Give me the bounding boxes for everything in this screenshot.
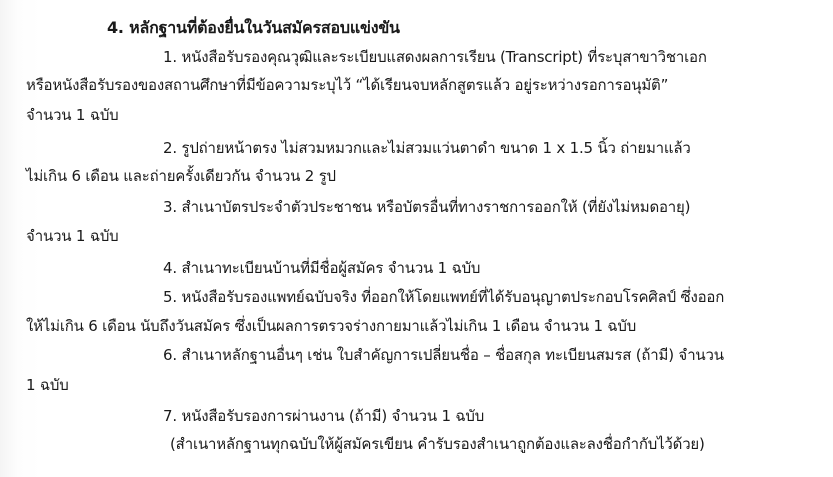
item-3-line-1: 3. สำเนาบัตรประจำตัวประชาชน หรือบัตรอื่น… xyxy=(163,197,690,217)
item-5-line-1: 5. หนังสือรับรองแพทย์ฉบับจริง ที่ออกให้โ… xyxy=(163,287,724,307)
item-2-line-2: ไม่เกิน 6 เดือน และถ่ายครั้งเดียวกัน จำน… xyxy=(26,166,336,186)
section-heading: 4. หลักฐานที่ต้องยื่นในวันสมัครสอบแข่งขั… xyxy=(107,18,400,38)
item-6-line-1: 6. สำเนาหลักฐานอื่นๆ เช่น ใบสำคัญการเปลี… xyxy=(163,345,724,365)
certification-note: (สำเนาหลักฐานทุกฉบับให้ผู้สมัครเขียน คำร… xyxy=(170,434,705,454)
item-2-line-1: 2. รูปถ่ายหน้าตรง ไม่สวมหมวกและไม่สวมแว่… xyxy=(163,138,691,158)
item-1-line-2: หรือหนังสือรับรองของสถานศึกษาที่มีข้อควา… xyxy=(26,75,668,95)
item-1-line-3: จำนวน 1 ฉบับ xyxy=(26,105,118,125)
item-1-line-1: 1. หนังสือรับรองคุณวุฒิและระเบียบแสดงผลก… xyxy=(163,47,707,67)
item-5-line-2: ให้ไม่เกิน 6 เดือน นับถึงวันสมัคร ซึ่งเป… xyxy=(26,316,636,336)
item-7-line-1: 7. หนังสือรับรองการผ่านงาน (ถ้ามี) จำนวน… xyxy=(163,406,484,426)
item-4-line-1: 4. สำเนาทะเบียนบ้านที่มีชื่อผู้สมัคร จำน… xyxy=(163,258,480,278)
item-6-line-2: 1 ฉบับ xyxy=(26,375,69,395)
document-page: 4. หลักฐานที่ต้องยื่นในวันสมัครสอบแข่งขั… xyxy=(0,0,833,477)
item-3-line-2: จำนวน 1 ฉบับ xyxy=(26,226,118,246)
